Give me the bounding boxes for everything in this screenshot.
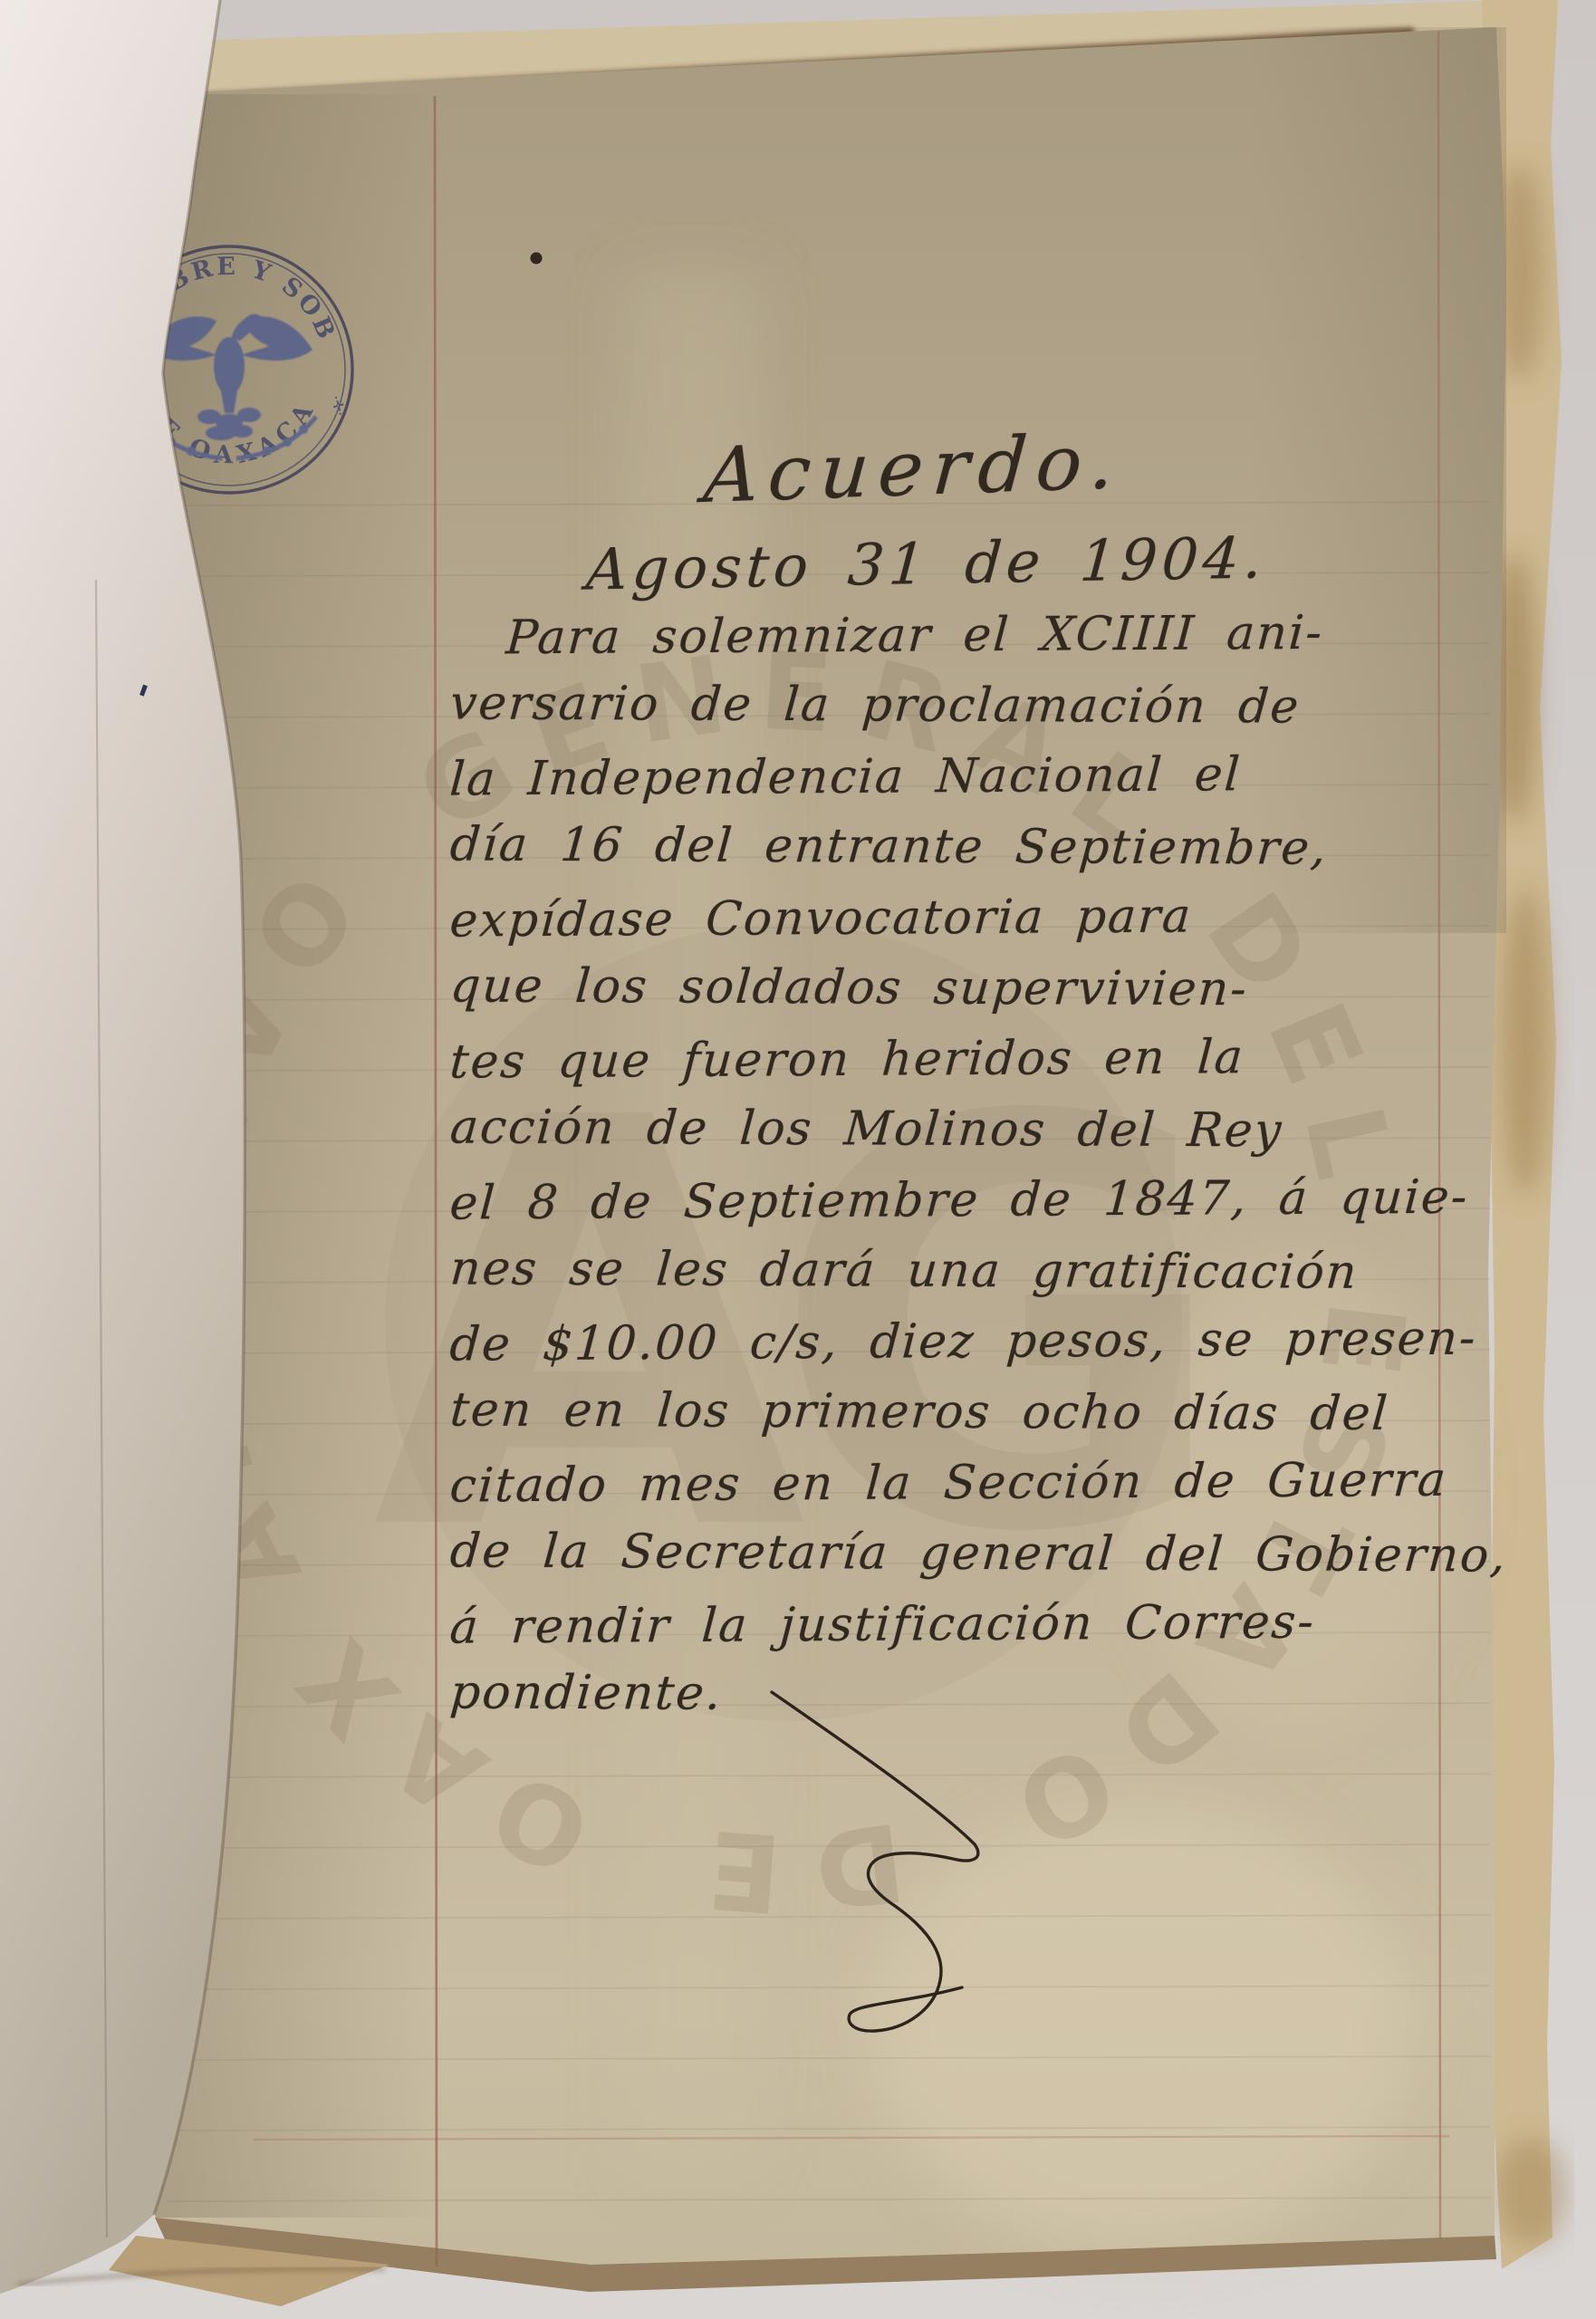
manuscript-body: Para solemnizar el XCIIII ani-versario d… (450, 600, 1507, 1730)
manuscript-line: día 16 del entrante Septiembre, (447, 809, 1510, 884)
manuscript-line: citado mes en la Sección de Guerra (447, 1444, 1510, 1521)
manuscript-line: pondiente. (447, 1657, 1510, 1732)
manuscript-line: Para solemnizar el XCIIII ani- (504, 597, 1510, 674)
manuscript-line: nes se les dará una gratificación (447, 1233, 1510, 1308)
manuscript-line: expídase Convocatoria para (447, 879, 1510, 956)
manuscript-line: tes que fueron heridos en la (447, 1020, 1510, 1097)
manuscript-title: Acuerdo. (701, 417, 1127, 520)
photographed-manuscript: ARCHIVO GENERAL DEL ESTADO DE OAXACA AG … (0, 0, 1596, 2319)
manuscript-line: de la Secretaría general del Gobierno, (447, 1516, 1510, 1591)
manuscript-line: el 8 de Septiembre de 1847, á quie- (447, 1161, 1510, 1238)
manuscript-line: acción de los Molinos del Rey (447, 1092, 1510, 1167)
manuscript-line: de $10.00 c/s, diez pesos, se presen- (447, 1303, 1510, 1380)
manuscript-line: que los soldados supervivien- (447, 950, 1510, 1025)
manuscript-line: versario de la proclamación de (447, 668, 1510, 743)
manuscript-line: ten en los primeros ocho días del (447, 1374, 1510, 1449)
manuscript-date: Agosto 31 de 1904. (584, 524, 1269, 602)
manuscript-line: á rendir la justificación Corres- (447, 1585, 1510, 1662)
manuscript-line: la Independencia Nacional el (447, 737, 1510, 814)
ink-dot (531, 253, 543, 265)
